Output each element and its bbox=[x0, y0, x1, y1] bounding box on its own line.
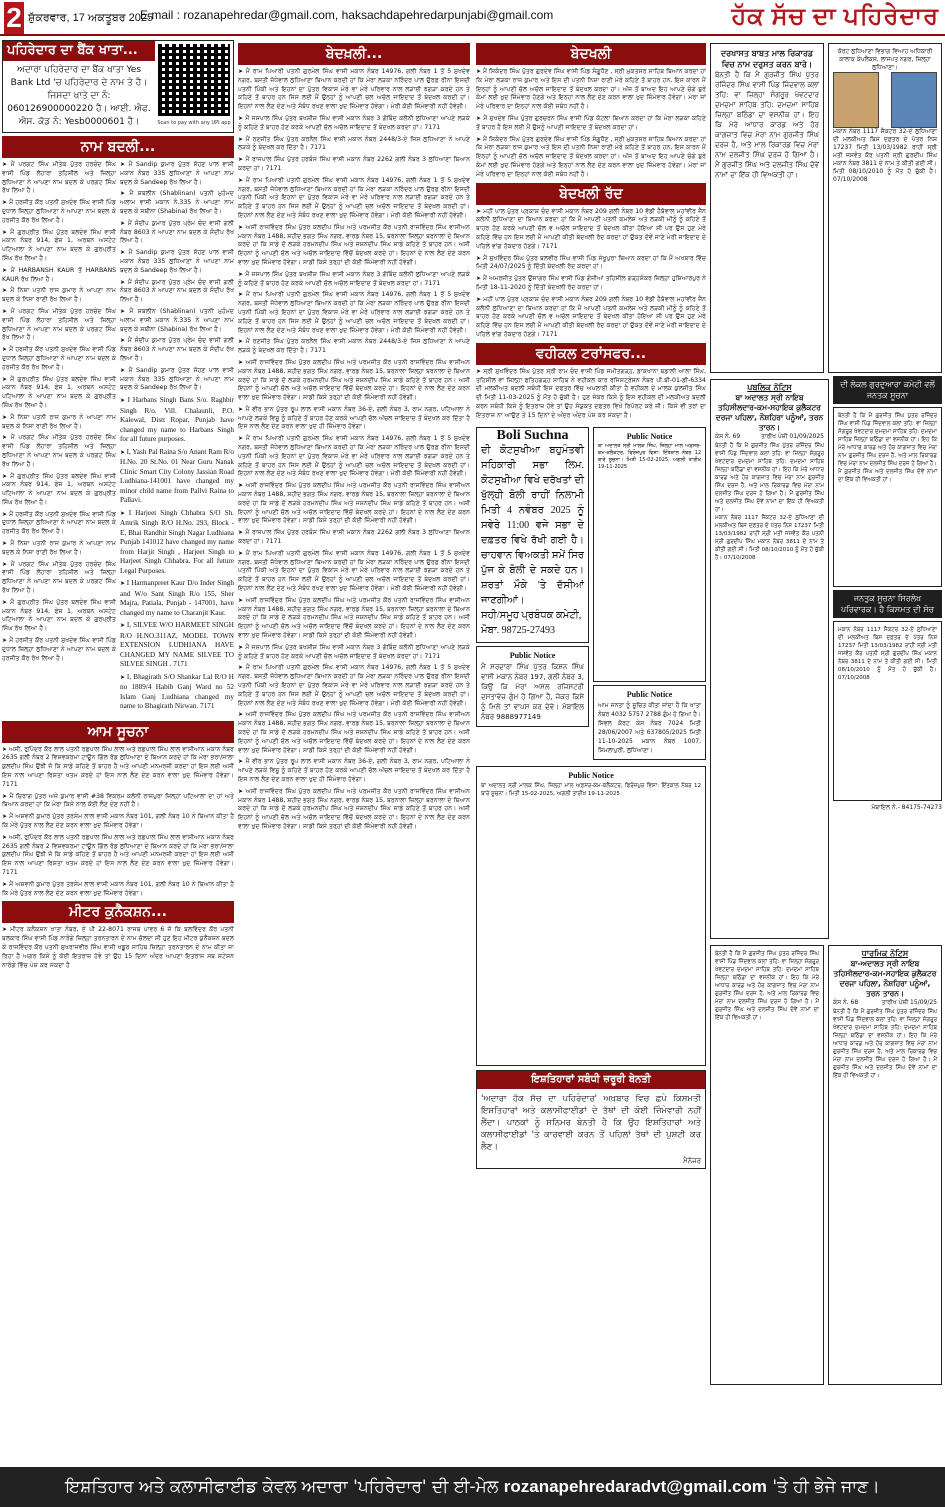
notice-item: ਮੈਂ ਸ਼ਬਲੀਨ (Shablinan) ਪਤਨੀ ਮੁਹੰਮਦ ਅਲਾਮ … bbox=[120, 308, 234, 334]
auction-phone: ਮੋਬਾ. 98725-27493 bbox=[481, 623, 584, 638]
notice-item: ਅਸੀਂ ਰਾਜਵਿੰਦਰ ਸਿੰਘ ਪੁੱਤਰ ਕਲਦੀਪ ਸਿੰਘ ਅਤੇ … bbox=[238, 597, 470, 641]
notice-item: ਅਸੀਂ ਰਾਜਵਿੰਦਰ ਸਿੰਘ ਪੁੱਤਰ ਕਲਦੀਪ ਸਿੰਘ ਅਤੇ … bbox=[238, 711, 470, 755]
notice-item: ਮੈਂ ਰਾਜਪਾਲ ਸਿੰਘ ਪੁੱਤਰ ਹਰਬੰਸ ਸਿੰਘ ਵਾਸੀ ਮਕ… bbox=[238, 529, 470, 547]
notice-item: ਮੈਂ ਸ਼ਬਲੀਨ (Shablinan) ਪਤਨੀ ਮੁਹੰਮਦ ਅਲਾਮ … bbox=[120, 190, 234, 216]
notice-item: ਮੈਂ ਚਿਰਾਗ ਪੁੱਤਰ ਅਜੇ ਕੁਮਾਰ ਵਾਸੀ #38 ਵਿਕਰਮ… bbox=[2, 793, 234, 811]
masthead: 2 ਸ਼ੁੱਕਰਵਾਰ, 17 ਅਕਤੂਬਰ 2025 E.mail : roz… bbox=[0, 0, 945, 36]
notice-item: ਮੈਂ ਜਸਪਾਲ ਸਿੰਘ ਪੁੱਤਰ ਬਖਸ਼ੀਸ਼ ਸਿੰਘ ਵਾਸੀ ਮ… bbox=[238, 115, 470, 133]
notice-item: ਮੈਂ Sandip ਕੁਮਾਰ ਪੁੱਤਰ ਸੋਹਣ ਪਾਲ ਵਾਸੀ ਮਕਾ… bbox=[120, 161, 234, 187]
hearing-date: ਤਾਰੀਖ ਪੇਸ਼ੀ 01/09/2025 bbox=[761, 433, 824, 442]
notice-body: ਬੇਨਤੀ ਹੈ ਕਿ ਮੈਂ ਗੁਰਜੀਤ ਸਿੰਘ ਪੁੱਤਰ ਰਜਿੰਦਰ… bbox=[833, 407, 942, 587]
disclaimer-box: ਇਸ਼ਤਿਹਾਰਾਂ ਸਬੰਧੀ ਜ਼ਰੂਰੀ ਬੇਨਤੀ 'ਅਦਾਰਾ ਹੱਕ… bbox=[476, 1070, 706, 1170]
notice-item: ਮੈਂ ਜਸਪਾਲ ਸਿੰਘ ਪੁੱਤਰ ਬਖਸ਼ੀਸ਼ ਸਿੰਘ ਵਾਸੀ ਮ… bbox=[238, 644, 470, 662]
qr-caption: Scan to pay with any UPI app bbox=[155, 119, 233, 128]
notice-item: ਅਸੀਂ ਰਾਜਵਿੰਦਰ ਸਿੰਘ ਪੁੱਤਰ ਕਲਦੀਪ ਸਿੰਘ ਅਤੇ … bbox=[238, 224, 470, 268]
public-notice-body: ਮੈਂ ਸਰਦਾਰਾ ਸਿੰਘ ਪੁੱਤਰ ਕਿਸ਼ਨ ਸਿੰਘ ਵਾਸੀ ਮਕ… bbox=[481, 662, 584, 722]
religious-notice: ਧਾਰਮਿਕ ਨੋਟਿਸ ਬਾ-ਅਦਾਲਤ ਸ੍ਰੀ ਨਾਇਬ ਤਹਿਸੀਲਦਾ… bbox=[828, 945, 942, 1385]
notice-item: ਮੈਂ ਹਰਜੀਤ ਕੌਰ ਪਤਨੀ ਸੁਖਦੇਵ ਸਿੰਘ ਵਾਸੀ ਪਿੰਡ… bbox=[2, 511, 116, 537]
notice-item-english: I Harbans Singh Bans S/o. Raghbir Singh … bbox=[120, 396, 234, 445]
notice-item: ਮੈਂ ਰਾਮ ਪਿਆਰੀ ਪਤਨੀ ਗੁਰਮੇਲ ਸਿੰਘ ਵਾਸੀ ਮਕਾਨ… bbox=[238, 177, 470, 221]
public-notice-body: ਆਮ ਜਨਤਾ ਨੂੰ ਸੂਚਿਤ ਕੀਤਾ ਜਾਂਦਾ ਹੈ ਕਿ ਖਾਤਾ … bbox=[598, 701, 701, 755]
auction-body: ਦੀ ਕੋਟਸੁਖੀਆ ਬਹੁਮੰਤਵੀ ਸਹਿਕਾਰੀ ਸਭਾ ਲਿਮ. ਕੋ… bbox=[481, 443, 584, 608]
notice-item-english: I, Yash Pal Raina S/o Anant Ram R/o H.No… bbox=[120, 448, 234, 506]
notice-item: ਮੈਂ ਗੁਰਪ੍ਰੀਤ ਸਿੰਘ ਪੁੱਤਰ ਬਲਦੇਵ ਸਿੰਘ ਵਾਸੀ … bbox=[2, 229, 116, 264]
notice-item: ਮੈਂ ਵੀਰ ਭਾਨ ਪੁੱਤਰ ਰੂਪ ਲਾਲ ਵਾਸੀ ਮਕਾਨ ਨੰਬਰ… bbox=[238, 758, 470, 784]
name-correction-notice: ਦਰਖਾਸਤ ਬਾਬਤ ਮਾਲ ਰਿਕਾਰਡ ਵਿਚ ਨਾਮ ਦਰੁਸਤ ਕਰਨ… bbox=[710, 43, 824, 373]
notice-item: ਅਸੀਂ ਰਾਜਵਿੰਦਰ ਸਿੰਘ ਪੁੱਤਰ ਕਲਦੀਪ ਸਿੰਘ ਅਤੇ … bbox=[238, 788, 470, 832]
email-line: E.mail : rozanapehredar@gmail.com, haksa… bbox=[140, 8, 553, 22]
notice-item: ਮੈਂ ਅਮਰਜੀਤ ਪੁੱਤਰ ਉਜਾਗਰ ਸਿੰਘ ਵਾਸੀ ਪਿੰਡ ਗੰ… bbox=[476, 275, 706, 293]
notice-item: ਮੈਂ ਰਾਮ ਪਿਆਰੀ ਪਤਨੀ ਗੁਰਮੇਲ ਸਿੰਘ ਵਾਸੀ ਮਕਾਨ… bbox=[238, 550, 470, 594]
notice-item: ਅਸੀਂ ਰਾਜਵਿੰਦਰ ਸਿੰਘ ਪੁੱਤਰ ਕਲਦੀਪ ਸਿੰਘ ਅਤੇ … bbox=[238, 482, 470, 526]
section-header-disinheritance-cancelled: ਬੇਦਖਲੀ ਰੱਦ bbox=[476, 183, 706, 205]
public-notice: Public Notice ਬਾ ਅਦਾਲਤ ਸ੍ਰੀ ਮਾਲਕ ਸਿੰਘ, ਜ… bbox=[593, 427, 706, 682]
footer-email[interactable]: rozanapehredaradvt@gmail.com bbox=[504, 1477, 767, 1496]
notice-item: ਮੈਂ ਸੰਦੀਪ ਕੁਮਾਰ ਪੁੱਤਰ ਪ੍ਰੇਮ ਚੰਦ ਵਾਸੀ ਗਲੀ… bbox=[120, 279, 234, 305]
notice-body: ਬੇਨਤੀ ਹੈ ਕਿ ਮੈਂ ਗੁਰਜੀਤ ਸਿੰਘ ਪੁੱਤਰ ਰਜਿੰਦਰ… bbox=[710, 945, 824, 1385]
section-header-name-change: ਨਾਮ ਬਦਲੀ... bbox=[2, 136, 234, 158]
notice-item: ਮੈਂ Sandip ਕੁਮਾਰ ਪੁੱਤਰ ਸੋਹਣ ਪਾਲ ਵਾਸੀ ਮਕਾ… bbox=[120, 249, 234, 275]
legal-notice-title: ਪਬਲਿਕ ਨੋਟਿਸ bbox=[715, 384, 824, 393]
auction-notice: Boli Suchna ਦੀ ਕੋਟਸੁਖੀਆ ਬਹੁਮੰਤਵੀ ਸਹਿਕਾਰੀ… bbox=[476, 427, 589, 644]
column-3: ਬੇਦਖਲੀ ਮੈਂ ਸਿਕੰਦਰ ਸਿੰਘ ਪੁੱਤਰ ਗੁਰਦੇਵ ਸਿੰਘ… bbox=[476, 40, 706, 1460]
notice-item: ਮੈਂ ਨਿਸ਼ਾ ਪਤਨੀ ਰਾਜ ਕੁਮਾਰ ਨੇ ਆਪਣਾ ਨਾਮ ਬਦਲ… bbox=[2, 287, 116, 305]
notice-item: ਮੈਂ Sandip ਕੁਮਾਰ ਪੁੱਤਰ ਸੋਹਣ ਪਾਲ ਵਾਸੀ ਮਕਾ… bbox=[120, 367, 234, 393]
column-2: ਬੇਦਖ਼ਲੀ... ਮੈਂ ਰਾਮ ਪਿਆਰੀ ਪਤਨੀ ਗੁਰਮੇਲ ਸਿੰ… bbox=[238, 40, 470, 1460]
hearing-date: ਤਾਰੀਖ ਪੇਸ਼ੀ 15/09/25 bbox=[882, 999, 937, 1008]
religious-notice-title: ਧਾਰਮਿਕ ਨੋਟਿਸ bbox=[833, 950, 937, 959]
case-number: ਕੇਸ ਨੰ. 69 bbox=[715, 433, 740, 442]
obituary-header: ਕੋਰਟ ਲੁਧਿਆਣਾ ਵਿਭਾਗ ਵਿਆਹ ਅਧਿਕਾਰੀ ਕਾਲਾਕ ਕੰ… bbox=[833, 48, 937, 72]
public-notice-title: Public Notice bbox=[598, 690, 701, 699]
notice-item: ਮੈਂ ਨਿਸ਼ਾ ਪਤਨੀ ਰਾਜ ਕੁਮਾਰ ਨੇ ਆਪਣਾ ਨਾਮ ਬਦਲ… bbox=[2, 540, 116, 558]
notice-item: ਮੈਂ ਗੁਰਪ੍ਰੀਤ ਸਿੰਘ ਪੁੱਤਰ ਬਲਦੇਵ ਸਿੰਘ ਵਾਸੀ … bbox=[2, 599, 116, 634]
notice-item: ਅਸੀਂ ਰਾਜਵਿੰਦਰ ਸਿੰਘ ਪੁੱਤਰ ਕਲਦੀਪ ਸਿੰਘ ਅਤੇ … bbox=[238, 359, 470, 403]
qr-code-icon[interactable] bbox=[158, 44, 230, 116]
footer-suffix: 'ਤੇ ਹੀ ਭੇਜੇ ਜਾਣ। bbox=[772, 1477, 879, 1497]
notice-item: ਮੈਂ ਰਾਮ ਪਿਆਰੀ ਪਤਨੀ ਗੁਰਮੇਲ ਸਿੰਘ ਵਾਸੀ ਮਕਾਨ… bbox=[238, 435, 470, 479]
notice-item: ਮੈਂ ਨਿਸ਼ਾ ਪਤਨੀ ਰਾਜ ਕੁਮਾਰ ਨੇ ਆਪਣਾ ਨਾਮ ਬਦਲ… bbox=[2, 414, 116, 432]
column-1: ਪਹਿਰੇਦਾਰ ਦਾ ਬੈਂਕ ਖਾਤਾ... ਅਦਾਰਾ ਪਹਿਰੇਦਾਰ … bbox=[2, 40, 234, 1460]
public-notice-body: ਬਾ ਅਦਾਲਤ ਸ੍ਰੀ ਮਾਲਕ ਸਿੰਘ, ਜ਼ਿਲ੍ਹਾ ਮਾਲ ਅਫ਼… bbox=[598, 443, 701, 471]
name-correction-title: ਦਰਖਾਸਤ ਬਾਬਤ ਮਾਲ ਰਿਕਾਰਡ ਵਿਚ ਨਾਮ ਦਰੁਸਤ ਕਰਨ… bbox=[715, 48, 819, 70]
notice-item-english: I Harmanpreet Kaur D/o Inder Singh and W… bbox=[120, 579, 234, 618]
portrait-photo-man bbox=[891, 72, 937, 128]
notice-item: ਮੈਂ ਜਸਪਾਲ ਸਿੰਘ ਪੁੱਤਰ ਬਖਸ਼ੀਸ਼ ਸਿੰਘ ਵਾਸੀ ਮ… bbox=[238, 271, 470, 289]
disclaimer-body: 'ਅਦਾਰਾ ਹੱਕ ਸੱਚ ਦਾ ਪਹਿਰੇਦਾਰ' ਅਖ਼ਬਾਰ ਵਿਚ ਛ… bbox=[477, 1089, 705, 1157]
section-header-disinheritance-2: ਬੇਦਖਲੀ bbox=[476, 43, 706, 65]
notice-dark-header: ਦੀ ਲੋਕਲ ਗੁਰਦੁਆਰਾ ਕਮੇਟੀ ਵਲੋਂ ਜਨਤਕ ਸੂਚਨਾ bbox=[833, 376, 942, 404]
notice-item: ਮੈਂ ਵੀਰ ਭਾਨ ਪੁੱਤਰ ਰੂਪ ਲਾਲ ਵਾਸੀ ਮਕਾਨ ਨੰਬਰ… bbox=[238, 406, 470, 432]
notice-item: ਮੈਂ ਪਰਗਟ ਸਿੰਘ ਮੀਤੇਕ ਪੁੱਤਰ ਹਰਚੰਦ ਸਿੰਘ ਵਾਸ… bbox=[2, 308, 116, 343]
footer-text: ਇਸ਼ਤਿਹਾਰ ਅਤੇ ਕਲਾਸੀਫਾਈਡ ਕੇਵਲ ਅਦਾਰਾ 'ਪਹਿਰੇ… bbox=[65, 1477, 498, 1497]
notice-item: ਮੈਂ HARBANSH KAUR ਤੋਂ HARBANS KAUR ਰੱਖ ਲ… bbox=[2, 267, 116, 285]
notice-item: ਮੈਂ ਸੁਖਵਿੰਦਰ ਸਿੰਘ ਪੁੱਤਰ ਬਲਵੀਰ ਸਿੰਘ ਵਾਸੀ … bbox=[476, 255, 706, 273]
notice-item: ਮੈਂ ਹਰਜੀਤ ਕੌਰ ਪਤਨੀ ਸੁਖਦੇਵ ਸਿੰਘ ਵਾਸੀ ਪਿੰਡ… bbox=[2, 346, 116, 372]
notice-item: ਅਸੀਂ, ਰੁਪਿੰਦਰ ਕੌਰ ਲਾਲ ਪਤਨੀ ਰਛਪਾਲ ਸਿੰਘ ਲਾ… bbox=[2, 746, 234, 790]
notice-item: ਮੈਂ ਰਣਜੀਤ ਸਿੰਘ ਪੁੱਤਰ ਕਰਨੈਲ ਸਿੰਘ ਵਾਸੀ ਮਕਾ… bbox=[238, 136, 470, 154]
disclaimer-signature: ਮੈਨੇਜਰ bbox=[477, 1157, 705, 1169]
notice-item: ਮਹੀਂ ਪਾਲ ਪੁੱਤਰ ਪ੍ਰਕਾਸ਼ ਚੰਦ ਵਾਸੀ ਮਕਾਨ ਨੰਬ… bbox=[476, 296, 706, 340]
religious-notice-subtitle: ਬਾ-ਅਦਾਲਤ ਸ੍ਰੀ ਨਾਇਬ ਤਹਿਸੀਲਦਾਰ-ਕਮ-ਸਹਾਇਕ ਕੁ… bbox=[833, 959, 937, 999]
notice-item: ਮੈਂ ਰਾਜਪਾਲ ਸਿੰਘ ਪੁੱਤਰ ਹਰਬੰਸ ਸਿੰਘ ਵਾਸੀ ਮਕ… bbox=[238, 156, 470, 174]
religious-notice-body: ਬੇਨਤੀ ਹੈ ਕਿ ਮੈਂ ਗੁਰਜੀਤ ਸਿੰਘ ਪੁੱਤਰ ਰਜਿੰਦਰ… bbox=[833, 1008, 937, 1080]
notice-body: ਮਕਾਨ ਨੰਬਰ 1117 ਸੈਕਟਰ 32-ਏ ਲੁਧਿਆਣਾ ਦੀ ਮਲਕ… bbox=[833, 621, 942, 801]
notice-item: ਮੈਂ ਹਰਜੀਤ ਕੌਰ ਪਤਨੀ ਸੁਖਦੇਵ ਸਿੰਘ ਵਾਸੀ ਪਿੰਡ… bbox=[2, 199, 116, 225]
column-4: ਦਰਖਾਸਤ ਬਾਬਤ ਮਾਲ ਰਿਕਾਰਡ ਵਿਚ ਨਾਮ ਦਰੁਸਤ ਕਰਨ… bbox=[710, 40, 942, 1460]
public-notice-title: Public Notice bbox=[481, 651, 584, 660]
public-notice-title: Public Notice bbox=[598, 432, 701, 441]
notice-item: ਅਸੀਂ, ਰੁਪਿੰਦਰ ਕੌਰ ਲਾਲ ਪਤਨੀ ਰਛਪਾਲ ਸਿੰਘ ਲਾ… bbox=[2, 834, 234, 878]
section-header-vehicle-transfer: ਵਹੀਕਲ ਟਰਾਂਸਫਰ... bbox=[476, 343, 706, 365]
notice-item: ਮੈਂ ਪਰਗਟ ਸਿੰਘ ਮੀਤੇਕ ਪੁੱਤਰ ਹਰਚੰਦ ਸਿੰਘ ਵਾਸ… bbox=[2, 434, 116, 469]
disclaimer-title: ਇਸ਼ਤਿਹਾਰਾਂ ਸਬੰਧੀ ਜ਼ਰੂਰੀ ਬੇਨਤੀ bbox=[477, 1071, 705, 1089]
notice-item: ਮੈਂ ਰਾਮ ਪਿਆਰੀ ਪਤਨੀ ਗੁਰਮੇਲ ਸਿੰਘ ਵਾਸੀ ਮਕਾਨ… bbox=[238, 68, 470, 112]
notice-item-english: I, Bhagirath S/O Shankar Lal R/O H no 18… bbox=[120, 673, 234, 712]
portrait-photo-woman bbox=[833, 72, 879, 128]
auction-signature: ਸਹੀ/ਸਮੂਹ ਪ੍ਰਬੰਧਕ ਕਮੇਟੀ, bbox=[481, 608, 584, 623]
name-correction-body: ਬੇਨਤੀ ਹੈ ਕਿ ਮੈਂ ਗੁਰਜੀਤ ਸਿੰਘ ਪੁੱਤਰ ਰਜਿੰਦਰ… bbox=[715, 70, 819, 180]
footer-banner: ਇਸ਼ਤਿਹਾਰ ਅਤੇ ਕਲਾਸੀਫਾਈਡ ਕੇਵਲ ਅਦਾਰਾ 'ਪਹਿਰੇ… bbox=[0, 1467, 945, 1507]
date-line: ਸ਼ੁੱਕਰਵਾਰ, 17 ਅਕਤੂਬਰ 2025 bbox=[28, 12, 153, 25]
obituary-notice: ਕੋਰਟ ਲੁਧਿਆਣਾ ਵਿਭਾਗ ਵਿਆਹ ਅਧਿਕਾਰੀ ਕਾਲਾਕ ਕੰ… bbox=[828, 43, 942, 373]
notice-item-english: I Harjeet Singh Chhabra S/O Sh. Amrik Si… bbox=[120, 509, 234, 577]
public-notice-court: Public Notice ਬਾ ਅਦਾਲਤ ਸ੍ਰੀ ਮਾਲਕ ਸਿੰਘ, ਜ… bbox=[476, 766, 706, 1066]
notice-item: ਮੈਂ ਅਸ਼ਵਨੀ ਕੁਮਾਰ ਪੁੱਤਰ ਤਰਸੇਮ ਲਾਲ ਵਾਸੀ ਮਕ… bbox=[2, 813, 234, 831]
public-notice-body: ਬਾ ਅਦਾਲਤ ਸ੍ਰੀ ਮਾਲਕ ਸਿੰਘ, ਜ਼ਿਲ੍ਹਾ ਮਾਲ ਅਫ਼… bbox=[481, 782, 701, 798]
notice-item: ਮੈਂ ਅਸ਼ਵਨੀ ਕੁਮਾਰ ਪੁੱਤਰ ਤਰਸੇਮ ਲਾਲ ਵਾਸੀ ਮਕ… bbox=[2, 881, 234, 899]
notice-item: ਮੈਂ ਗੁਰਪ੍ਰੀਤ ਸਿੰਘ ਪੁੱਤਰ ਬਲਦੇਵ ਸਿੰਘ ਵਾਸੀ … bbox=[2, 473, 116, 508]
case-number: ਕੇਸ ਨੰ. 68 bbox=[833, 999, 858, 1008]
obituary-body: ਮਕਾਨ ਨੰਬਰ 1117 ਸੈਕਟਰ 32-ਏ ਲੁਧਿਆਣਾ ਦੀ ਮਲਕ… bbox=[833, 128, 937, 184]
section-header-disinheritance: ਬੇਦਖ਼ਲੀ... bbox=[238, 43, 470, 65]
bank-body: ਅਦਾਰਾ ਪਹਿਰੇਦਾਰ ਦਾ ਬੈਂਕ ਖਾਤਾ Yes Bank Ltd… bbox=[3, 61, 155, 132]
notice-item: ਮੈਂ ਪਰਗਟ ਸਿੰਘ ਮੀਤੇਕ ਪੁੱਤਰ ਹਰਚੰਦ ਸਿੰਘ ਵਾਸ… bbox=[2, 561, 116, 596]
public-notice-title: Public Notice bbox=[481, 771, 701, 780]
section-header-general-notice: ਆਮ ਸੂਚਨਾ bbox=[2, 721, 234, 743]
notice-item: ਮੈਂ ਸੰਦੀਪ ਕੁਮਾਰ ਪੁੱਤਰ ਪ੍ਰੇਮ ਚੰਦ ਵਾਸੀ ਗਲੀ… bbox=[120, 220, 234, 246]
notice-dark-header: ਜਨਤੁਕ ਸੂਚਨਾ ਸਿਰਲੇਖ ਪਰਿਵਾਰਕ। ਹੈ ਕਿਸਮਤ ਦੀ … bbox=[833, 590, 942, 618]
notice-item-english: I, SILVEE W/O HARMEET SINGH R/O H.NO.311… bbox=[120, 621, 234, 670]
page-number: 2 bbox=[4, 2, 24, 34]
newspaper-logo: ਹੱਕ ਸੱਚ ਦਾ ਪਹਿਰੇਦਾਰ bbox=[732, 2, 939, 32]
notice-item: ਮੈਂ ਸਿਕੰਦਰ ਸਿੰਘ ਪੁੱਤਰ ਗੁਰਦੇਵ ਸਿੰਘ ਵਾਸੀ ਪ… bbox=[476, 68, 706, 112]
public-notice: Public Notice ਆਮ ਜਨਤਾ ਨੂੰ ਸੂਚਿਤ ਕੀਤਾ ਜਾਂ… bbox=[593, 685, 706, 760]
notice-item: ਮੈਂ ਹਰਜੀਤ ਕੌਰ ਪਤਨੀ ਸੁਖਦੇਵ ਸਿੰਘ ਵਾਸੀ ਪਿੰਡ… bbox=[2, 637, 116, 663]
notice-item: ਮੈਂ ਰਾਮ ਪਿਆਰੀ ਪਤਨੀ ਗੁਰਮੇਲ ਸਿੰਘ ਵਾਸੀ ਮਕਾਨ… bbox=[238, 291, 470, 335]
notice-item: ਮੈਂ ਸਿਕੰਦਰ ਸਿੰਘ ਪੁੱਤਰ ਗੁਰਦੇਵ ਸਿੰਘ ਵਾਸੀ ਪ… bbox=[476, 136, 706, 180]
section-header-meter-connection: ਮੀਟਰ ਕੁਨੈਕਸ਼ਨ... bbox=[2, 901, 234, 923]
legal-notice-body: ਮਕਾਨ ਨੰਬਰ 1117 ਸੈਕਟਰ 32-ਏ ਲੁਧਿਆਣਾ ਦੀ ਮਲਕ… bbox=[715, 514, 824, 562]
notice-item: ਮੈਂ ਪਰਗਟ ਸਿੰਘ ਮੀਤੇਕ ਪੁੱਤਰ ਹਰਚੰਦ ਸਿੰਘ ਵਾਸ… bbox=[2, 161, 116, 196]
notice-item: ਮੈਂ ਸੰਦੀਪ ਕੁਮਾਰ ਪੁੱਤਰ ਪ੍ਰੇਮ ਚੰਦ ਵਾਸੀ ਗਲੀ… bbox=[120, 337, 234, 363]
legal-notice: ਪਬਲਿਕ ਨੋਟਿਸ ਬਾ ਅਦਾਲਤ ਸ੍ਰੀ ਨਾਇਬ ਤਹਿਸੀਲਦਾਰ… bbox=[710, 379, 829, 939]
bank-title: ਪਹਿਰੇਦਾਰ ਦਾ ਬੈਂਕ ਖਾਤਾ... bbox=[3, 41, 155, 61]
notice-item: ਮਹੀਂ ਪਾਲ ਪੁੱਤਰ ਪ੍ਰਕਾਸ਼ ਚੰਦ ਵਾਸੀ ਮਕਾਨ ਨੰਬ… bbox=[476, 208, 706, 252]
notice-item: ਮੈਂ ਗੁਰਪ੍ਰੀਤ ਸਿੰਘ ਪੁੱਤਰ ਬਲਦੇਵ ਸਿੰਘ ਵਾਸੀ … bbox=[2, 376, 116, 411]
bank-account-box: ਪਹਿਰੇਦਾਰ ਦਾ ਬੈਂਕ ਖਾਤਾ... ਅਦਾਰਾ ਪਹਿਰੇਦਾਰ … bbox=[2, 40, 234, 133]
notice-item: ਮੈਂ ਰਾਮ ਪਿਆਰੀ ਪਤਨੀ ਗੁਰਮੇਲ ਸਿੰਘ ਵਾਸੀ ਮਕਾਨ… bbox=[238, 664, 470, 708]
auction-title: Boli Suchna bbox=[481, 432, 584, 441]
public-notice: Public Notice ਮੈਂ ਸਰਦਾਰਾ ਸਿੰਘ ਪੁੱਤਰ ਕਿਸ਼… bbox=[476, 646, 589, 727]
legal-notice-subtitle: ਬਾ ਅਦਾਲਤ ਸ੍ਰੀ ਨਾਇਬ ਤਹਿਸੀਲਦਾਰ-ਕਮ-ਸਹਾਇਕ ਕੁ… bbox=[715, 393, 824, 433]
notice-item: ਸ੍ਰੀ ਸੁਖਵਿੰਦਰ ਸਿੰਘ ਪੁੱਤਰ ਸ੍ਰੀ ਰਾਮ ਚੰਦ ਵਾ… bbox=[476, 368, 706, 421]
legal-notice-body: ਬੇਨਤੀ ਹੈ ਕਿ ਮੈਂ ਗੁਰਜੀਤ ਸਿੰਘ ਪੁੱਤਰ ਰਜਿੰਦਰ… bbox=[715, 442, 824, 514]
notice-item: ਮੈਂ ਰਣਜੀਤ ਸਿੰਘ ਪੁੱਤਰ ਕਰਨੈਲ ਸਿੰਘ ਵਾਸੀ ਮਕਾ… bbox=[238, 338, 470, 356]
notice-item: ਮੈਂ ਸੁਖਦੇਵ ਸਿੰਘ ਪੁੱਤਰ ਗੁਰਚਰਨ ਸਿੰਘ ਵਾਸੀ ਪ… bbox=[476, 115, 706, 133]
notice-item: ਮੀਟਰ ਕਨੈਕਸ਼ਨ ਖਾਤਾ ਨੰਬਰ, ਏ ਪੀ 22-8071 ਰਾਜ… bbox=[2, 926, 234, 970]
contact-phone: ਮੋਬਾਇਲ ਨੰ.- 84175-74273 bbox=[833, 804, 942, 813]
